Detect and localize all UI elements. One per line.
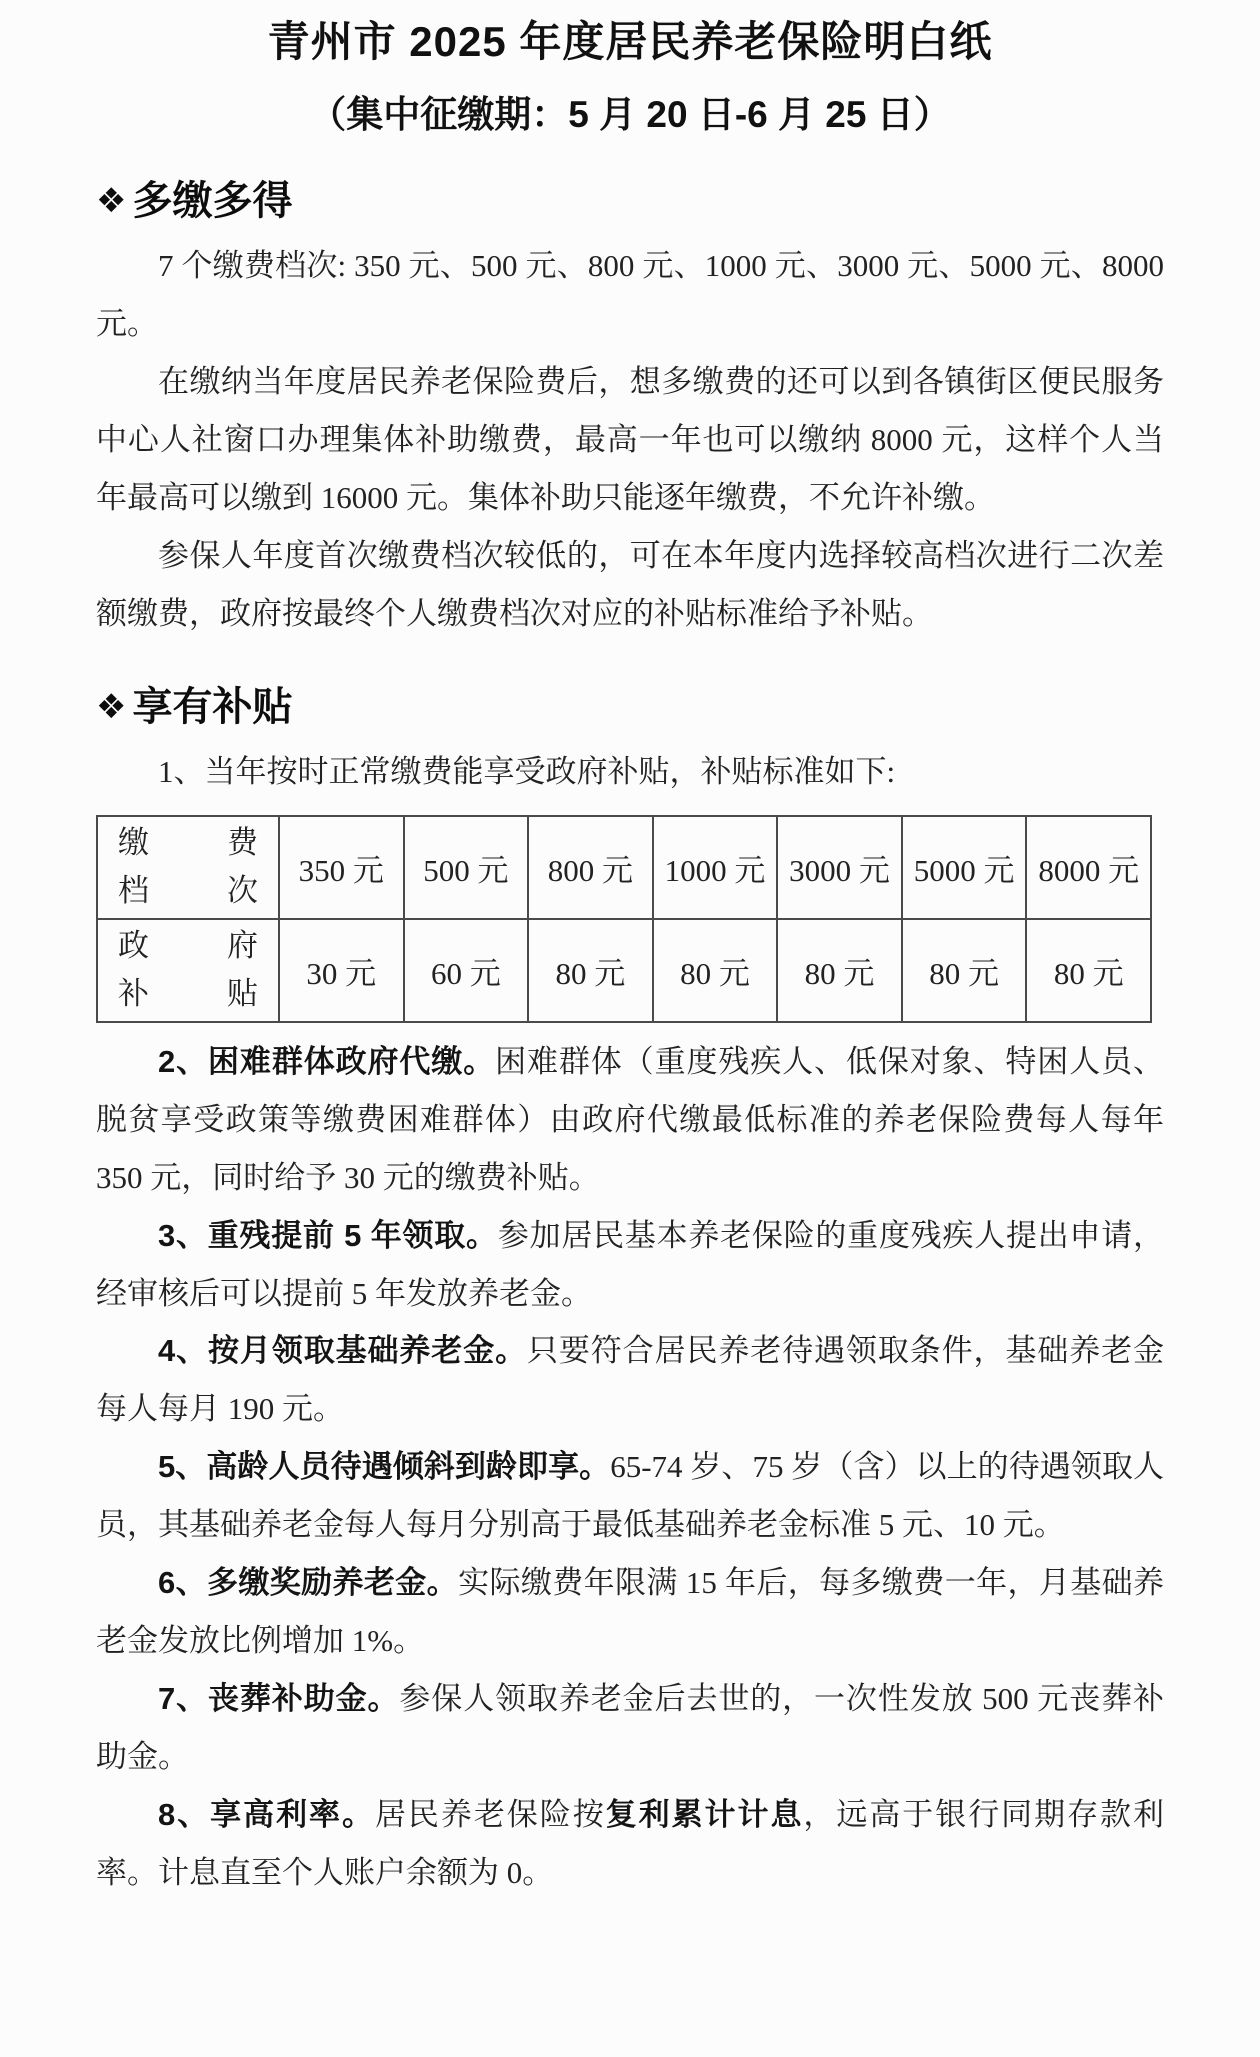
section-heading-text: 多缴多得: [132, 177, 292, 225]
item-lead: 7、丧葬补助金。: [158, 1681, 399, 1716]
diamond-bullet-icon: ❖: [96, 181, 126, 222]
table-cell-tier: 1000 元: [653, 816, 778, 919]
item-8-high-interest-rate: 8、享高利率。居民养老保险按复利累计计息，远高于银行同期存款利率。计息直至个人账…: [96, 1786, 1164, 1902]
item-lead: 6、多缴奖励养老金。: [158, 1565, 458, 1600]
table-cell-tier: 350 元: [279, 816, 404, 919]
item-lead: 4、按月领取基础养老金。: [158, 1333, 527, 1368]
item-lead: 8、享高利率。: [158, 1797, 375, 1832]
item-2-gov-pays-for-disadvantaged: 2、困难群体政府代缴。困难群体（重度残疾人、低保对象、特困人员、脱贫享受政策等缴…: [96, 1033, 1164, 1207]
table-row-tiers: 缴 费 档 次 350 元 500 元 800 元 1000 元 3000 元 …: [97, 816, 1151, 919]
table-cell-subsidy: 80 元: [653, 919, 778, 1022]
rowheader-line: 补 贴: [118, 970, 258, 1018]
item-3-severe-disability-early-claim: 3、重残提前 5 年领取。参加居民基本养老保险的重度残疾人提出申请，经审核后可以…: [96, 1207, 1164, 1323]
table-cell-subsidy: 80 元: [1026, 919, 1151, 1022]
paragraph-collective-subsidy: 在缴纳当年度居民养老保险费后，想多缴费的还可以到各镇街区便民服务中心人社窗口办理…: [96, 353, 1164, 527]
section-heading-text: 享有补贴: [132, 683, 292, 731]
item-lead: 3、重残提前 5 年领取。: [158, 1218, 498, 1253]
item-text: 居民养老保险按: [375, 1797, 606, 1832]
table-rowheader-subsidy: 政 府 补 贴: [97, 919, 279, 1022]
document-page: 青州市 2025 年度居民养老保险明白纸 （集中征缴期：5 月 20 日-6 月…: [0, 0, 1260, 2057]
rowheader-line: 档 次: [118, 867, 258, 915]
section-heading-enjoy-subsidy: ❖ 享有补贴: [96, 683, 1164, 731]
page-subtitle: （集中征缴期：5 月 20 日-6 月 25 日）: [96, 93, 1164, 137]
item-4-monthly-basic-pension: 4、按月领取基础养老金。只要符合居民养老待遇领取条件，基础养老金每人每月 190…: [96, 1322, 1164, 1438]
rowheader-line: 缴 费: [118, 819, 258, 867]
table-cell-subsidy: 60 元: [404, 919, 529, 1022]
table-cell-subsidy: 80 元: [902, 919, 1027, 1022]
item-text-bold: 复利累计计息: [606, 1797, 804, 1832]
page-title: 青州市 2025 年度居民养老保险明白纸: [96, 16, 1164, 69]
paragraph-tiers: 7 个缴费档次: 350 元、500 元、800 元、1000 元、3000 元…: [96, 237, 1164, 353]
item-5-elderly-tilt-benefit: 5、高龄人员待遇倾斜到龄即享。65-74 岁、75 岁（含）以上的待遇领取人员，…: [96, 1438, 1164, 1554]
paragraph-subsidy-intro: 1、当年按时正常缴费能享受政府补贴，补贴标准如下:: [96, 743, 1164, 801]
item-7-funeral-subsidy: 7、丧葬补助金。参保人领取养老金后去世的，一次性发放 500 元丧葬补助金。: [96, 1670, 1164, 1786]
table-rowheader-tier: 缴 费 档 次: [97, 816, 279, 919]
table-cell-subsidy: 30 元: [279, 919, 404, 1022]
section-heading-pay-more-get-more: ❖ 多缴多得: [96, 177, 1164, 225]
rowheader-line: 政 府: [118, 922, 258, 970]
table-cell-tier: 5000 元: [902, 816, 1027, 919]
table-cell-subsidy: 80 元: [777, 919, 902, 1022]
subsidy-table: 缴 费 档 次 350 元 500 元 800 元 1000 元 3000 元 …: [96, 815, 1152, 1023]
item-6-extra-payment-reward: 6、多缴奖励养老金。实际缴费年限满 15 年后，每多缴费一年，月基础养老金发放比…: [96, 1554, 1164, 1670]
table-row-subsidies: 政 府 补 贴 30 元 60 元 80 元 80 元 80 元 80 元 80…: [97, 919, 1151, 1022]
paragraph-second-payment: 参保人年度首次缴费档次较低的，可在本年度内选择较高档次进行二次差额缴费，政府按最…: [96, 527, 1164, 643]
diamond-bullet-icon: ❖: [96, 687, 126, 728]
item-lead: 2、困难群体政府代缴。: [158, 1044, 495, 1079]
table-cell-tier: 800 元: [528, 816, 653, 919]
table-cell-subsidy: 80 元: [528, 919, 653, 1022]
table-cell-tier: 8000 元: [1026, 816, 1151, 919]
item-lead: 5、高龄人员待遇倾斜到龄即享。: [158, 1449, 610, 1484]
table-cell-tier: 3000 元: [777, 816, 902, 919]
table-cell-tier: 500 元: [404, 816, 529, 919]
